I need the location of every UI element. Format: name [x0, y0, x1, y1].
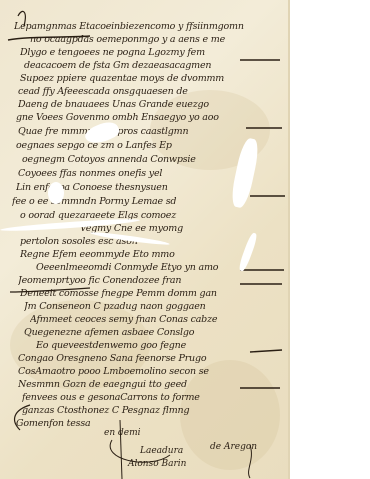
text-line: CosAmaotro pooo Lmboemolino secon se: [18, 365, 286, 379]
signature-line: Laeadura: [140, 446, 183, 456]
text-line: Quae fre mmmmo Enpros caastlgmn: [18, 125, 286, 139]
text-line: Daeng de bnauaees Unas Grande euezgo: [18, 98, 286, 112]
text-line: Congao Oresgneno Sana feenorse Prugo: [18, 352, 286, 366]
text-line: Deneeit comosse fnegpe Pemm domm gan: [20, 287, 288, 301]
text-line: gne Voees Govenmo ombh Ensaegyo yo aoo: [16, 111, 284, 125]
text-line: Quegenezne afemen asbaee Conslgo: [24, 326, 292, 340]
text-line: no ocaagpdas oemeponmgo y a aens e me: [30, 33, 298, 47]
text-line: Gomenfon tessa: [16, 417, 284, 431]
signature-line: en demi: [104, 428, 140, 438]
signature-right: de Aregon: [210, 442, 257, 452]
text-line: o oorad quezaraeete Elgs comoez: [20, 209, 288, 223]
text-line: Oeeenlmeeomdi Conmyde Etyo yn amo: [36, 261, 304, 275]
text-line: Supoez ppiere quazentae moys de dvommm: [20, 72, 288, 86]
signature-line: Alonso Barin: [128, 459, 186, 469]
paper-hole: [48, 182, 64, 204]
text-line: Jeomemprtyoo fic Conendozee fran: [18, 274, 286, 288]
text-line: fenvees ous e gesonaCarrons to forme: [22, 391, 290, 405]
text-line: Dlygo e tengoees ne pogna Lgozmy fem: [20, 46, 288, 60]
text-line: Jm Conseneon C pzadug naon goggaen: [24, 300, 292, 314]
text-line: Nesmmn Gozn de eaegngui tto geed: [18, 378, 286, 392]
text-line: ganzas Ctosthonez C Pesgnaz flmng: [22, 404, 290, 418]
manuscript-page: Lepamgnmas Etacoeinbiezencomo y ffsiinmg…: [0, 0, 290, 479]
text-line: cead ffy Afeeescada onsgquaesen de: [18, 85, 286, 99]
text-line: Eo queveestdenwemo goo fegne: [36, 339, 304, 353]
text-line: Afmmeet ceoces semy fnan Conas cabze: [30, 313, 298, 327]
text-line: Lepamgnmas Etacoeinbiezencomo y ffsiinmg…: [14, 20, 282, 34]
text-line: deacacoem de fsta Gm dezaeasacagmen: [24, 59, 292, 73]
